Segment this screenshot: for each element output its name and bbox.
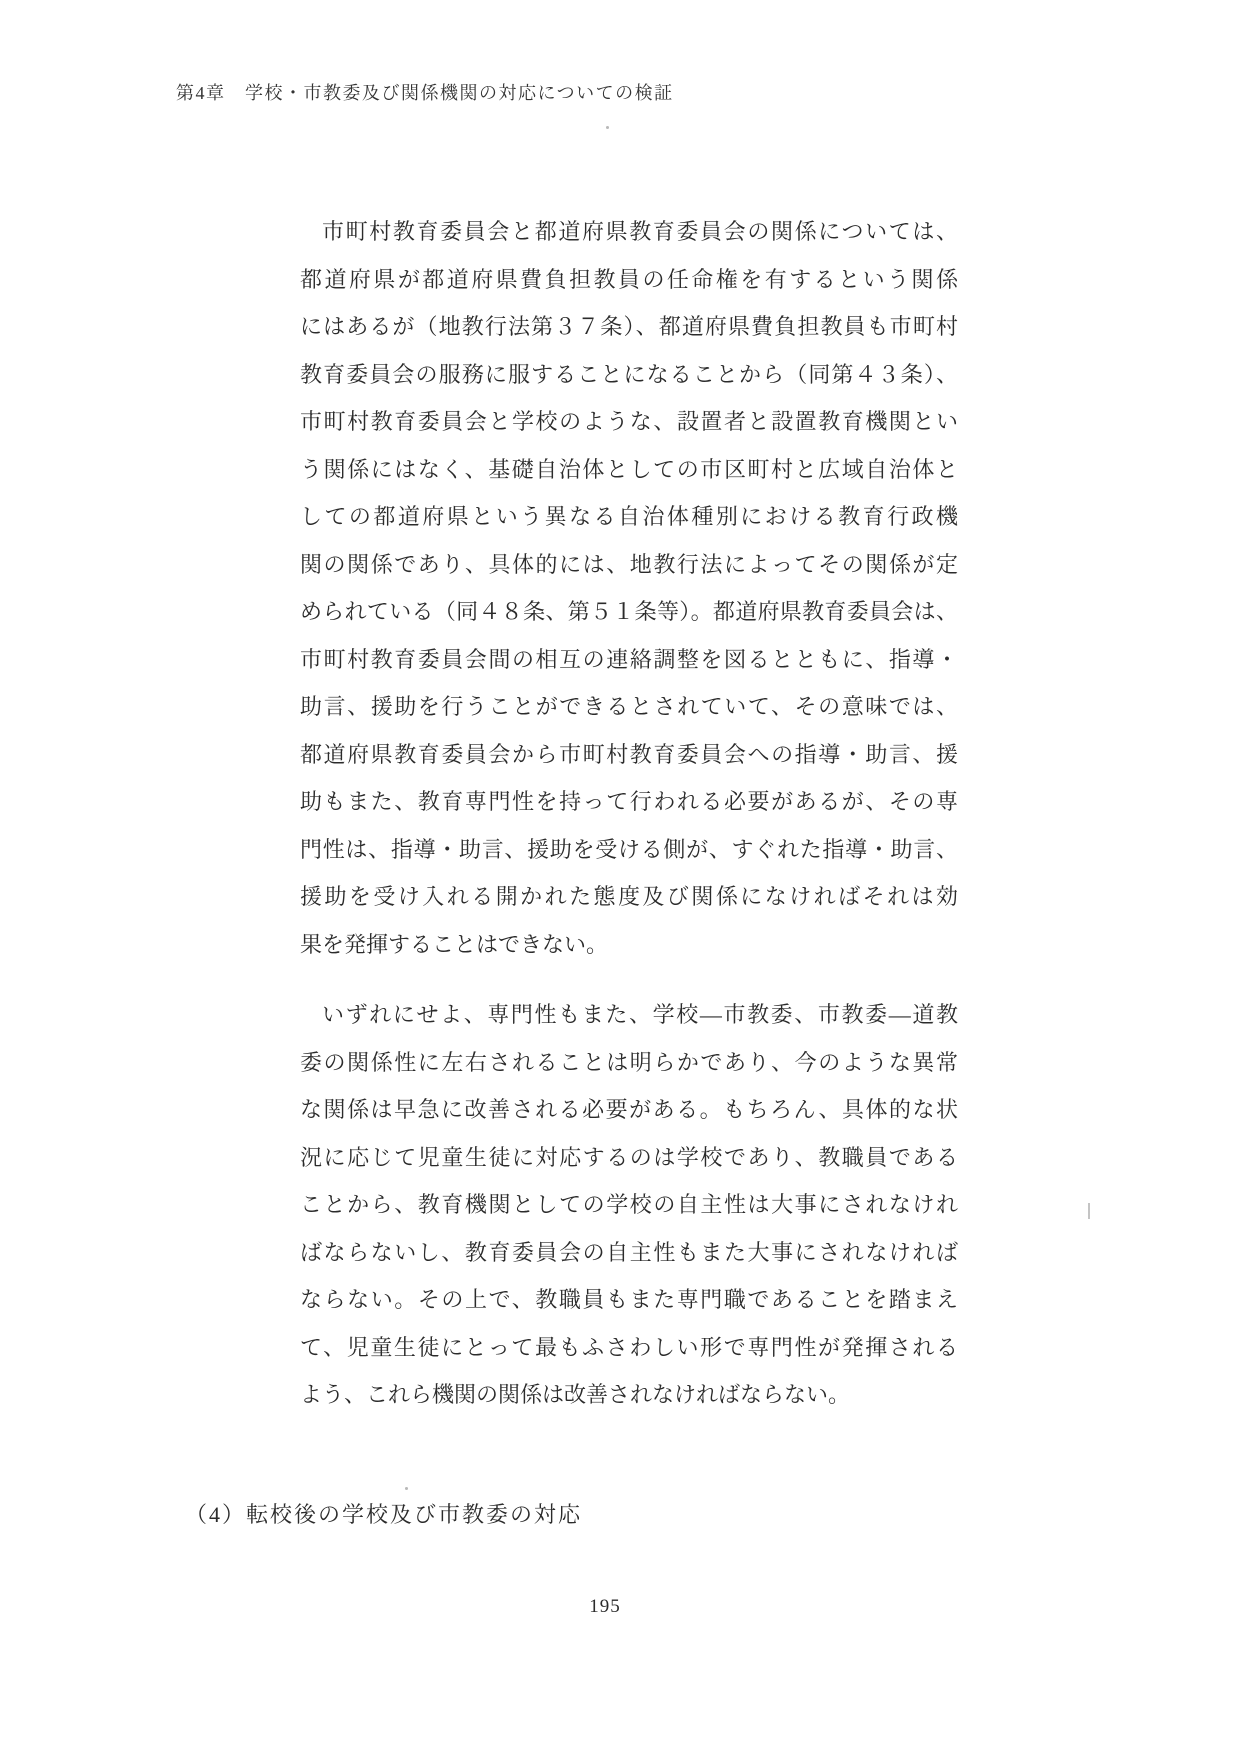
text-line: な関係は早急に改善される必要がある。もちろん、具体的な状 (300, 1086, 958, 1134)
paragraph-2: いずれにせよ、専門性もまた、学校―市教委、市教委―道教 委の関係性に左右されるこ… (300, 991, 958, 1419)
text-line: 果を発揮することはできない。 (300, 921, 958, 969)
document-page: 第4章 学校・市教委及び関係機関の対応についての検証 市町村教育委員会と都道府県… (0, 0, 1239, 1754)
text-line: められている（同４８条、第５１条等）。都道府県教育委員会は、 (300, 588, 958, 636)
text-line: 市町村教育委員会間の相互の連絡調整を図るとともに、指導・ (300, 636, 958, 684)
text-line: いずれにせよ、専門性もまた、学校―市教委、市教委―道教 (300, 991, 958, 1039)
text-line: ことから、教育機関としての学校の自主性は大事にされなけれ (300, 1181, 958, 1229)
text-line: 都道府県が都道府県費負担教員の任命権を有するという関係 (300, 256, 958, 304)
scan-speck (405, 1487, 408, 1490)
text-line: て、児童生徒にとって最もふさわしい形で専門性が発揮される (300, 1324, 958, 1372)
scan-edge-mark (1088, 1203, 1090, 1219)
body-text: 市町村教育委員会と都道府県教育委員会の関係については、 都道府県が都道府県費負担… (300, 208, 958, 1419)
chapter-header: 第4章 学校・市教委及び関係機関の対応についての検証 (176, 80, 674, 106)
page-number: 195 (560, 1596, 650, 1618)
text-line: 市町村教育委員会と都道府県教育委員会の関係については、 (300, 208, 958, 256)
paragraph-1: 市町村教育委員会と都道府県教育委員会の関係については、 都道府県が都道府県費負担… (300, 208, 958, 968)
text-line: ならない。その上で、教職員もまた専門職であることを踏まえ (300, 1276, 958, 1324)
text-line: よう、これら機関の関係は改善されなければならない。 (300, 1371, 958, 1419)
section-heading: （4）転校後の学校及び市教委の対応 (185, 1498, 582, 1532)
text-line: 況に応じて児童生徒に対応するのは学校であり、教職員である (300, 1134, 958, 1182)
text-line: 門性は、指導・助言、援助を受ける側が、すぐれた指導・助言、 (300, 826, 958, 874)
text-line: 関の関係であり、具体的には、地教行法によってその関係が定 (300, 541, 958, 589)
text-line: 助もまた、教育専門性を持って行われる必要があるが、その専 (300, 778, 958, 826)
text-line: 委の関係性に左右されることは明らかであり、今のような異常 (300, 1039, 958, 1087)
text-line: 援助を受け入れる開かれた態度及び関係になければそれは効 (300, 873, 958, 921)
text-line: しての都道府県という異なる自治体種別における教育行政機 (300, 493, 958, 541)
scan-speck (606, 126, 609, 129)
text-line: う関係にはなく、基礎自治体としての市区町村と広域自治体と (300, 446, 958, 494)
text-line: 市町村教育委員会と学校のような、設置者と設置教育機関とい (300, 398, 958, 446)
text-line: ばならないし、教育委員会の自主性もまた大事にされなければ (300, 1229, 958, 1277)
text-line: にはあるが（地教行法第３７条）、都道府県費負担教員も市町村 (300, 303, 958, 351)
text-line: 助言、援助を行うことができるとされていて、その意味では、 (300, 683, 958, 731)
text-line: 都道府県教育委員会から市町村教育委員会への指導・助言、援 (300, 731, 958, 779)
text-line: 教育委員会の服務に服することになることから（同第４３条）、 (300, 351, 958, 399)
